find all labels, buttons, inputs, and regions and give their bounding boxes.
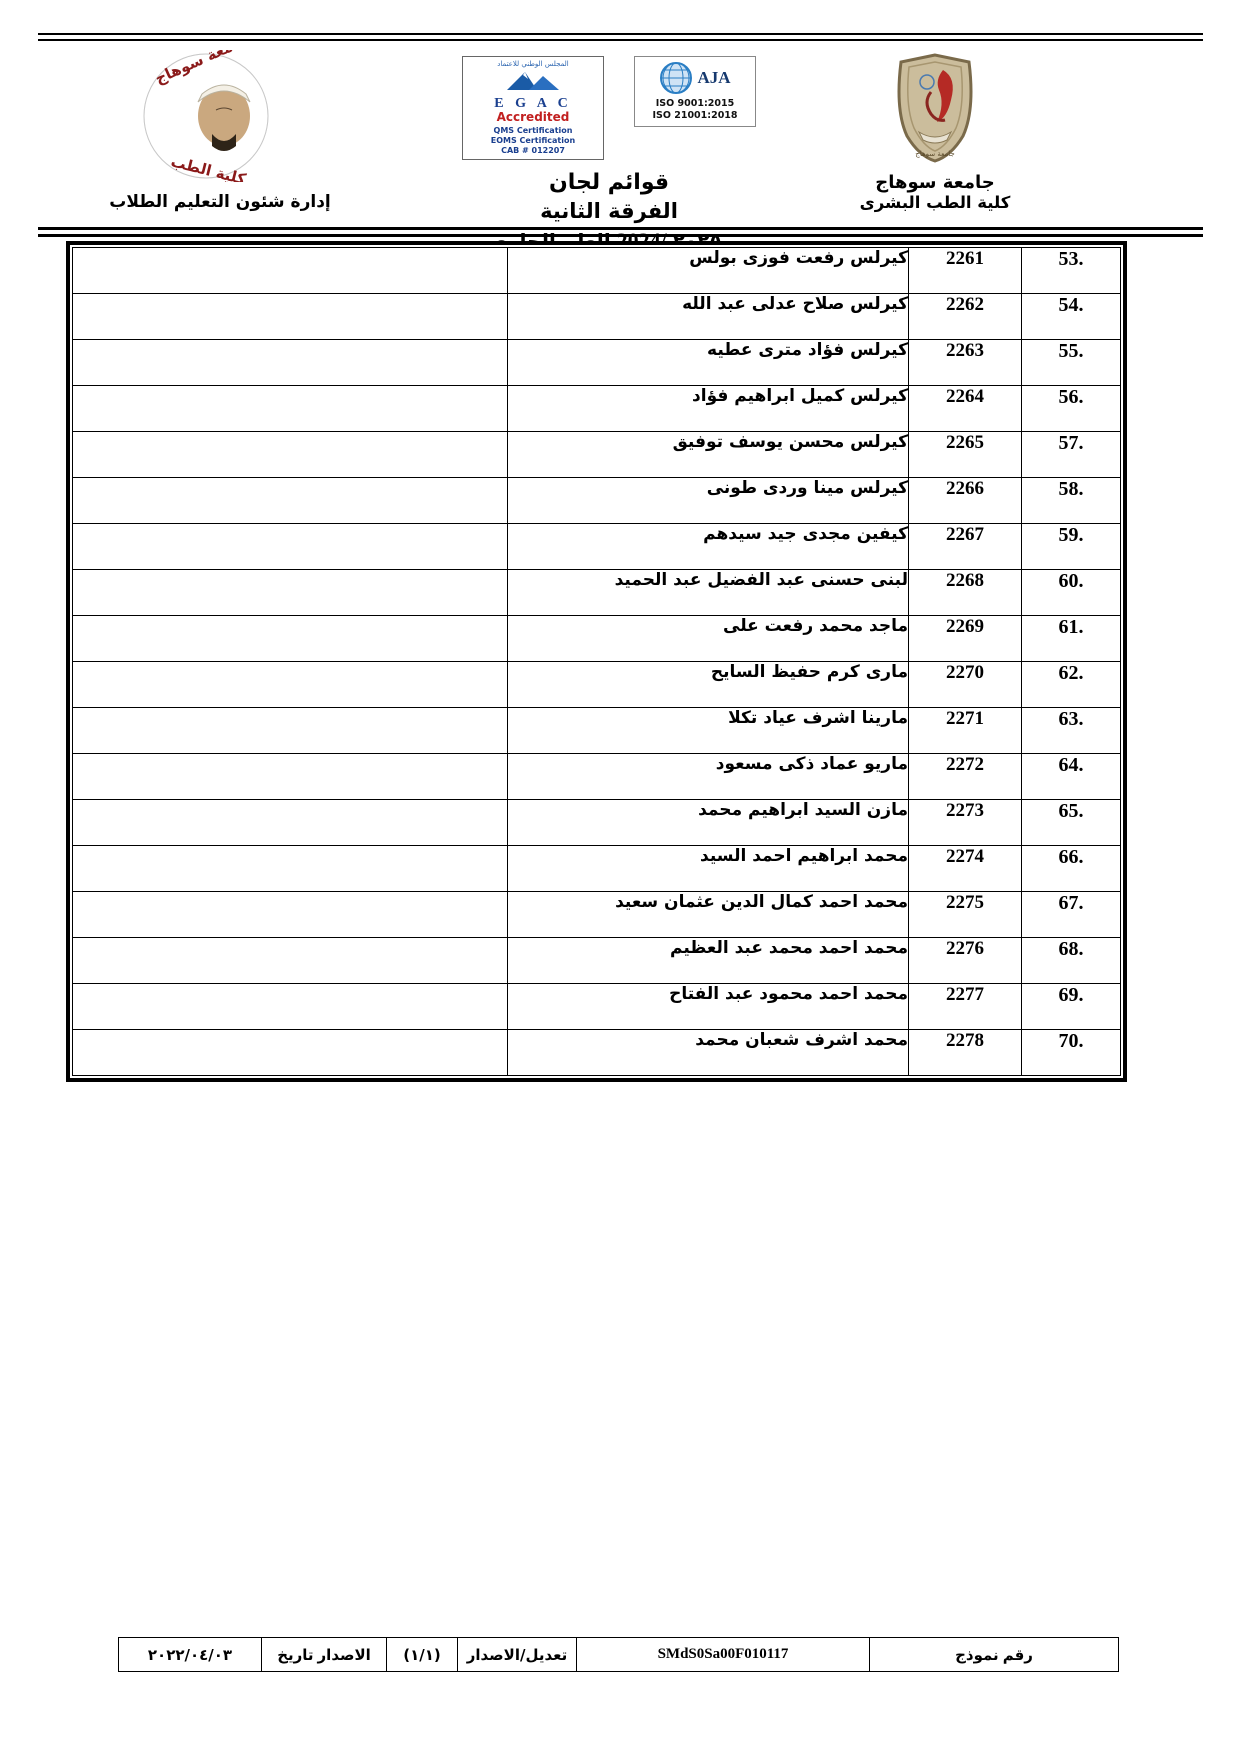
table-row: .60 2268 لبنى حسنى عبد الفضيل عبد الحميد: [73, 570, 1121, 616]
page-title: قوائم لجان: [429, 170, 789, 195]
table-row: .66 2274 محمد ابراهيم احمد السيد: [73, 846, 1121, 892]
row-student-name: محمد احمد محمد عبد العظيم: [508, 938, 909, 984]
row-empty-cell: [73, 432, 508, 478]
row-empty-cell: [73, 524, 508, 570]
row-student-name: مارى كرم حفيظ السايح: [508, 662, 909, 708]
row-serial-number: .60: [1022, 570, 1121, 616]
row-student-name: مازن السيد ابراهيم محمد: [508, 800, 909, 846]
row-student-id: 2264: [909, 386, 1022, 432]
row-student-id: 2265: [909, 432, 1022, 478]
row-serial-number: .61: [1022, 616, 1121, 662]
iso-9001-label: ISO 9001:2015: [639, 98, 751, 110]
row-serial-number: .64: [1022, 754, 1121, 800]
row-serial-number: .68: [1022, 938, 1121, 984]
egac-mountain-icon: [503, 68, 563, 92]
row-student-id: 2277: [909, 984, 1022, 1030]
row-serial-number: .62: [1022, 662, 1121, 708]
row-serial-number: .59: [1022, 524, 1121, 570]
row-student-id: 2266: [909, 478, 1022, 524]
egac-accreditation-badge: المجلس الوطني للاعتماد E G A C Accredite…: [462, 56, 604, 160]
row-serial-number: .70: [1022, 1030, 1121, 1076]
shield-caption-text: جامعة سوهاج: [915, 150, 954, 158]
table-row: .62 2270 مارى كرم حفيظ السايح: [73, 662, 1121, 708]
faculty-name: كلية الطب البشرى: [845, 193, 1025, 212]
row-serial-number: .63: [1022, 708, 1121, 754]
students-table: .53 2261 كيرلس رفعت فوزى بولس .54 2262 ك…: [72, 247, 1121, 1076]
header-divider: [38, 227, 1203, 237]
university-name: جامعة سوهاج: [845, 172, 1025, 193]
table-row: .67 2275 محمد احمد كمال الدين عثمان سعيد: [73, 892, 1121, 938]
row-student-id: 2262: [909, 294, 1022, 340]
row-student-name: كيرلس محسن يوسف توفيق: [508, 432, 909, 478]
row-student-id: 2267: [909, 524, 1022, 570]
table-row: .69 2277 محمد احمد محمود عبد الفتاح: [73, 984, 1121, 1030]
egac-cab-line: CAB # 012207: [467, 146, 599, 156]
row-empty-cell: [73, 800, 508, 846]
table-row: .65 2273 مازن السيد ابراهيم محمد: [73, 800, 1121, 846]
row-student-id: 2261: [909, 248, 1022, 294]
table-row: .57 2265 كيرلس محسن يوسف توفيق: [73, 432, 1121, 478]
egac-accredited-label: Accredited: [467, 110, 599, 124]
row-student-name: لبنى حسنى عبد الفضيل عبد الحميد: [508, 570, 909, 616]
aja-logo-text: AJA: [697, 68, 730, 88]
row-student-id: 2278: [909, 1030, 1022, 1076]
row-empty-cell: [73, 248, 508, 294]
row-serial-number: .58: [1022, 478, 1121, 524]
row-empty-cell: [73, 1030, 508, 1076]
row-empty-cell: [73, 616, 508, 662]
row-student-id: 2271: [909, 708, 1022, 754]
row-empty-cell: [73, 294, 508, 340]
row-serial-number: .57: [1022, 432, 1121, 478]
table-row: .70 2278 محمد اشرف شعبان محمد: [73, 1030, 1121, 1076]
row-serial-number: .53: [1022, 248, 1121, 294]
row-student-name: كيرلس فؤاد مترى عطيه: [508, 340, 909, 386]
row-student-name: كيفين مجدى جيد سيدهم: [508, 524, 909, 570]
row-student-id: 2275: [909, 892, 1022, 938]
page-subtitle: الفرقة الثانية: [429, 199, 789, 223]
row-empty-cell: [73, 386, 508, 432]
students-table-border: .53 2261 كيرلس رفعت فوزى بولس .54 2262 ك…: [66, 241, 1127, 1082]
egac-qms-line: QMS Certification: [467, 126, 599, 136]
row-student-id: 2273: [909, 800, 1022, 846]
row-student-name: محمد ابراهيم احمد السيد: [508, 846, 909, 892]
row-student-id: 2269: [909, 616, 1022, 662]
table-row: .58 2266 كيرلس مينا وردى طونى: [73, 478, 1121, 524]
top-divider: [38, 33, 1203, 41]
issue-date-value: ٢٠٢٢/٠٤/٠٣: [119, 1638, 262, 1672]
table-row: .59 2267 كيفين مجدى جيد سيدهم: [73, 524, 1121, 570]
row-student-id: 2274: [909, 846, 1022, 892]
row-empty-cell: [73, 754, 508, 800]
row-empty-cell: [73, 662, 508, 708]
egac-arabic-tagline: المجلس الوطني للاعتماد: [467, 60, 599, 68]
row-empty-cell: [73, 984, 508, 1030]
row-serial-number: .55: [1022, 340, 1121, 386]
table-row: .63 2271 مارينا اشرف عياد تكلا: [73, 708, 1121, 754]
row-student-name: محمد احمد كمال الدين عثمان سعيد: [508, 892, 909, 938]
row-serial-number: .54: [1022, 294, 1121, 340]
row-empty-cell: [73, 340, 508, 386]
row-student-id: 2276: [909, 938, 1022, 984]
row-serial-number: .65: [1022, 800, 1121, 846]
table-row: .68 2276 محمد احمد محمد عبد العظيم: [73, 938, 1121, 984]
row-student-name: مارينا اشرف عياد تكلا: [508, 708, 909, 754]
row-serial-number: .67: [1022, 892, 1121, 938]
row-student-name: محمد احمد محمود عبد الفتاح: [508, 984, 909, 1030]
row-empty-cell: [73, 570, 508, 616]
row-empty-cell: [73, 892, 508, 938]
document-page: جامعة سوهاج كلية الطب إدارة شئون التعليم…: [0, 0, 1241, 1754]
row-student-name: كيرلس صلاح عدلى عبد الله: [508, 294, 909, 340]
row-student-name: كيرلس مينا وردى طونى: [508, 478, 909, 524]
header-right: جامعة سوهاج جامعة سوهاج كلية الطب البشرى: [845, 52, 1025, 212]
issue-date-label: تاريخالاصدار: [262, 1638, 387, 1672]
form-info-table: ٢٠٢٢/٠٤/٠٣ تاريخالاصدار (١/١) الاصدار/تع…: [118, 1637, 1119, 1672]
iso-21001-label: ISO 21001:2018: [639, 110, 751, 122]
form-number-label: نموذجرقم: [870, 1638, 1119, 1672]
table-row: .56 2264 كيرلس كميل ابراهيم فؤاد: [73, 386, 1121, 432]
row-student-id: 2272: [909, 754, 1022, 800]
table-row: .64 2272 ماريو عماد ذكى مسعود: [73, 754, 1121, 800]
table-row: .55 2263 كيرلس فؤاد مترى عطيه: [73, 340, 1121, 386]
row-student-name: كيرلس كميل ابراهيم فؤاد: [508, 386, 909, 432]
version-label: الاصدار/تعديل: [458, 1638, 577, 1672]
row-student-name: ماريو عماد ذكى مسعود: [508, 754, 909, 800]
aja-globe-icon: [659, 61, 693, 95]
row-student-name: ماجد محمد رفعت على: [508, 616, 909, 662]
table-row: .54 2262 كيرلس صلاح عدلى عبد الله: [73, 294, 1121, 340]
row-student-name: محمد اشرف شعبان محمد: [508, 1030, 909, 1076]
department-title: إدارة شئون التعليم الطلاب: [95, 192, 345, 212]
faculty-crescent-logo: جامعة سوهاج كلية الطب: [128, 50, 313, 182]
row-serial-number: .56: [1022, 386, 1121, 432]
row-serial-number: .66: [1022, 846, 1121, 892]
version-value: (١/١): [387, 1638, 458, 1672]
row-empty-cell: [73, 708, 508, 754]
row-student-id: 2263: [909, 340, 1022, 386]
table-row: .53 2261 كيرلس رفعت فوزى بولس: [73, 248, 1121, 294]
row-student-id: 2270: [909, 662, 1022, 708]
form-info-row: ٢٠٢٢/٠٤/٠٣ تاريخالاصدار (١/١) الاصدار/تع…: [119, 1638, 1119, 1672]
row-empty-cell: [73, 846, 508, 892]
row-serial-number: .69: [1022, 984, 1121, 1030]
aja-certification-badge: AJA ISO 9001:2015 ISO 21001:2018: [634, 56, 756, 127]
row-empty-cell: [73, 938, 508, 984]
row-student-name: كيرلس رفعت فوزى بولس: [508, 248, 909, 294]
row-empty-cell: [73, 478, 508, 524]
egac-eoms-line: EOMS Certification: [467, 136, 599, 146]
row-student-id: 2268: [909, 570, 1022, 616]
table-row: .61 2269 ماجد محمد رفعت على: [73, 616, 1121, 662]
university-shield-logo: جامعة سوهاج: [887, 52, 983, 164]
header-center: المجلس الوطني للاعتماد E G A C Accredite…: [429, 56, 789, 254]
header-left: جامعة سوهاج كلية الطب إدارة شئون التعليم…: [95, 50, 345, 212]
form-code-value: SMdS0Sa00F010117: [577, 1638, 870, 1672]
